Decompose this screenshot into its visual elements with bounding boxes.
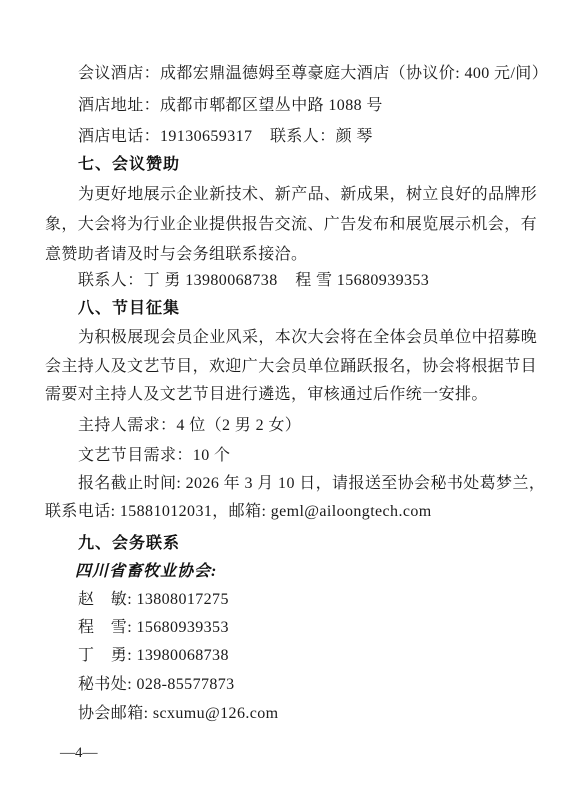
deadline-contact-line: 联系电话: 15881012031，邮箱: geml@ailoongtech.c… <box>45 501 432 522</box>
deadline-line: 报名截止时间: 2026 年 3 月 10 日，请报送至协会秘书处葛梦兰， <box>78 473 545 494</box>
hotel-address-line: 酒店地址：成都市郫都区望丛中路 1088 号 <box>78 95 383 116</box>
section-heading-program: 八、节目征集 <box>78 298 180 319</box>
host-need-line: 主持人需求：4 位（2 男 2 女） <box>78 415 301 436</box>
contact-line-cheng: 程 雪: 15680939353 <box>78 617 229 638</box>
hotel-phone-line: 酒店电话：19130659317 联系人：颜 琴 <box>78 126 373 147</box>
page-number: —4— <box>60 743 98 764</box>
association-email-line: 协会邮箱: scxumu@126.com <box>78 703 279 724</box>
sponsor-paragraph-line: 意赞助者请及时与会务组联系接洽。 <box>45 244 307 265</box>
contact-line-ding: 丁 勇: 13980068738 <box>78 645 229 666</box>
sponsor-paragraph-line: 为更好地展示企业新技术、新产品、新成果，树立良好的品牌形 <box>78 184 537 205</box>
sponsor-paragraph-line: 象，大会将为行业企业提供报告交流、广告发布和展览展示机会，有 <box>45 214 537 235</box>
section-heading-sponsor: 七、会议赞助 <box>78 154 180 175</box>
contact-line-zhao: 赵 敏: 13808017275 <box>78 589 229 610</box>
sponsor-contacts-line: 联系人：丁 勇 13980068738 程 雪 15680939353 <box>78 270 429 291</box>
document-page: 会议酒店：成都宏鼎温德姆至尊豪庭大酒店（协议价: 400 元/间） 酒店地址：成… <box>0 0 580 795</box>
association-name-line: 四川省畜牧业协会: <box>75 561 217 582</box>
program-need-line: 文艺节目需求：10 个 <box>78 445 230 466</box>
program-paragraph-line: 需要对主持人及文艺节目进行遴选，审核通过后作统一安排。 <box>45 384 488 405</box>
hotel-name-line: 会议酒店：成都宏鼎温德姆至尊豪庭大酒店（协议价: 400 元/间） <box>78 63 548 84</box>
section-heading-contact: 九、会务联系 <box>78 533 180 554</box>
program-paragraph-line: 会主持人及文艺节目，欢迎广大会员单位踊跃报名，协会将根据节目 <box>45 356 537 377</box>
program-paragraph-line: 为积极展现会员企业风采，本次大会将在全体会员单位中招募晚 <box>78 327 537 348</box>
secretariat-line: 秘书处: 028-85577873 <box>78 674 235 695</box>
